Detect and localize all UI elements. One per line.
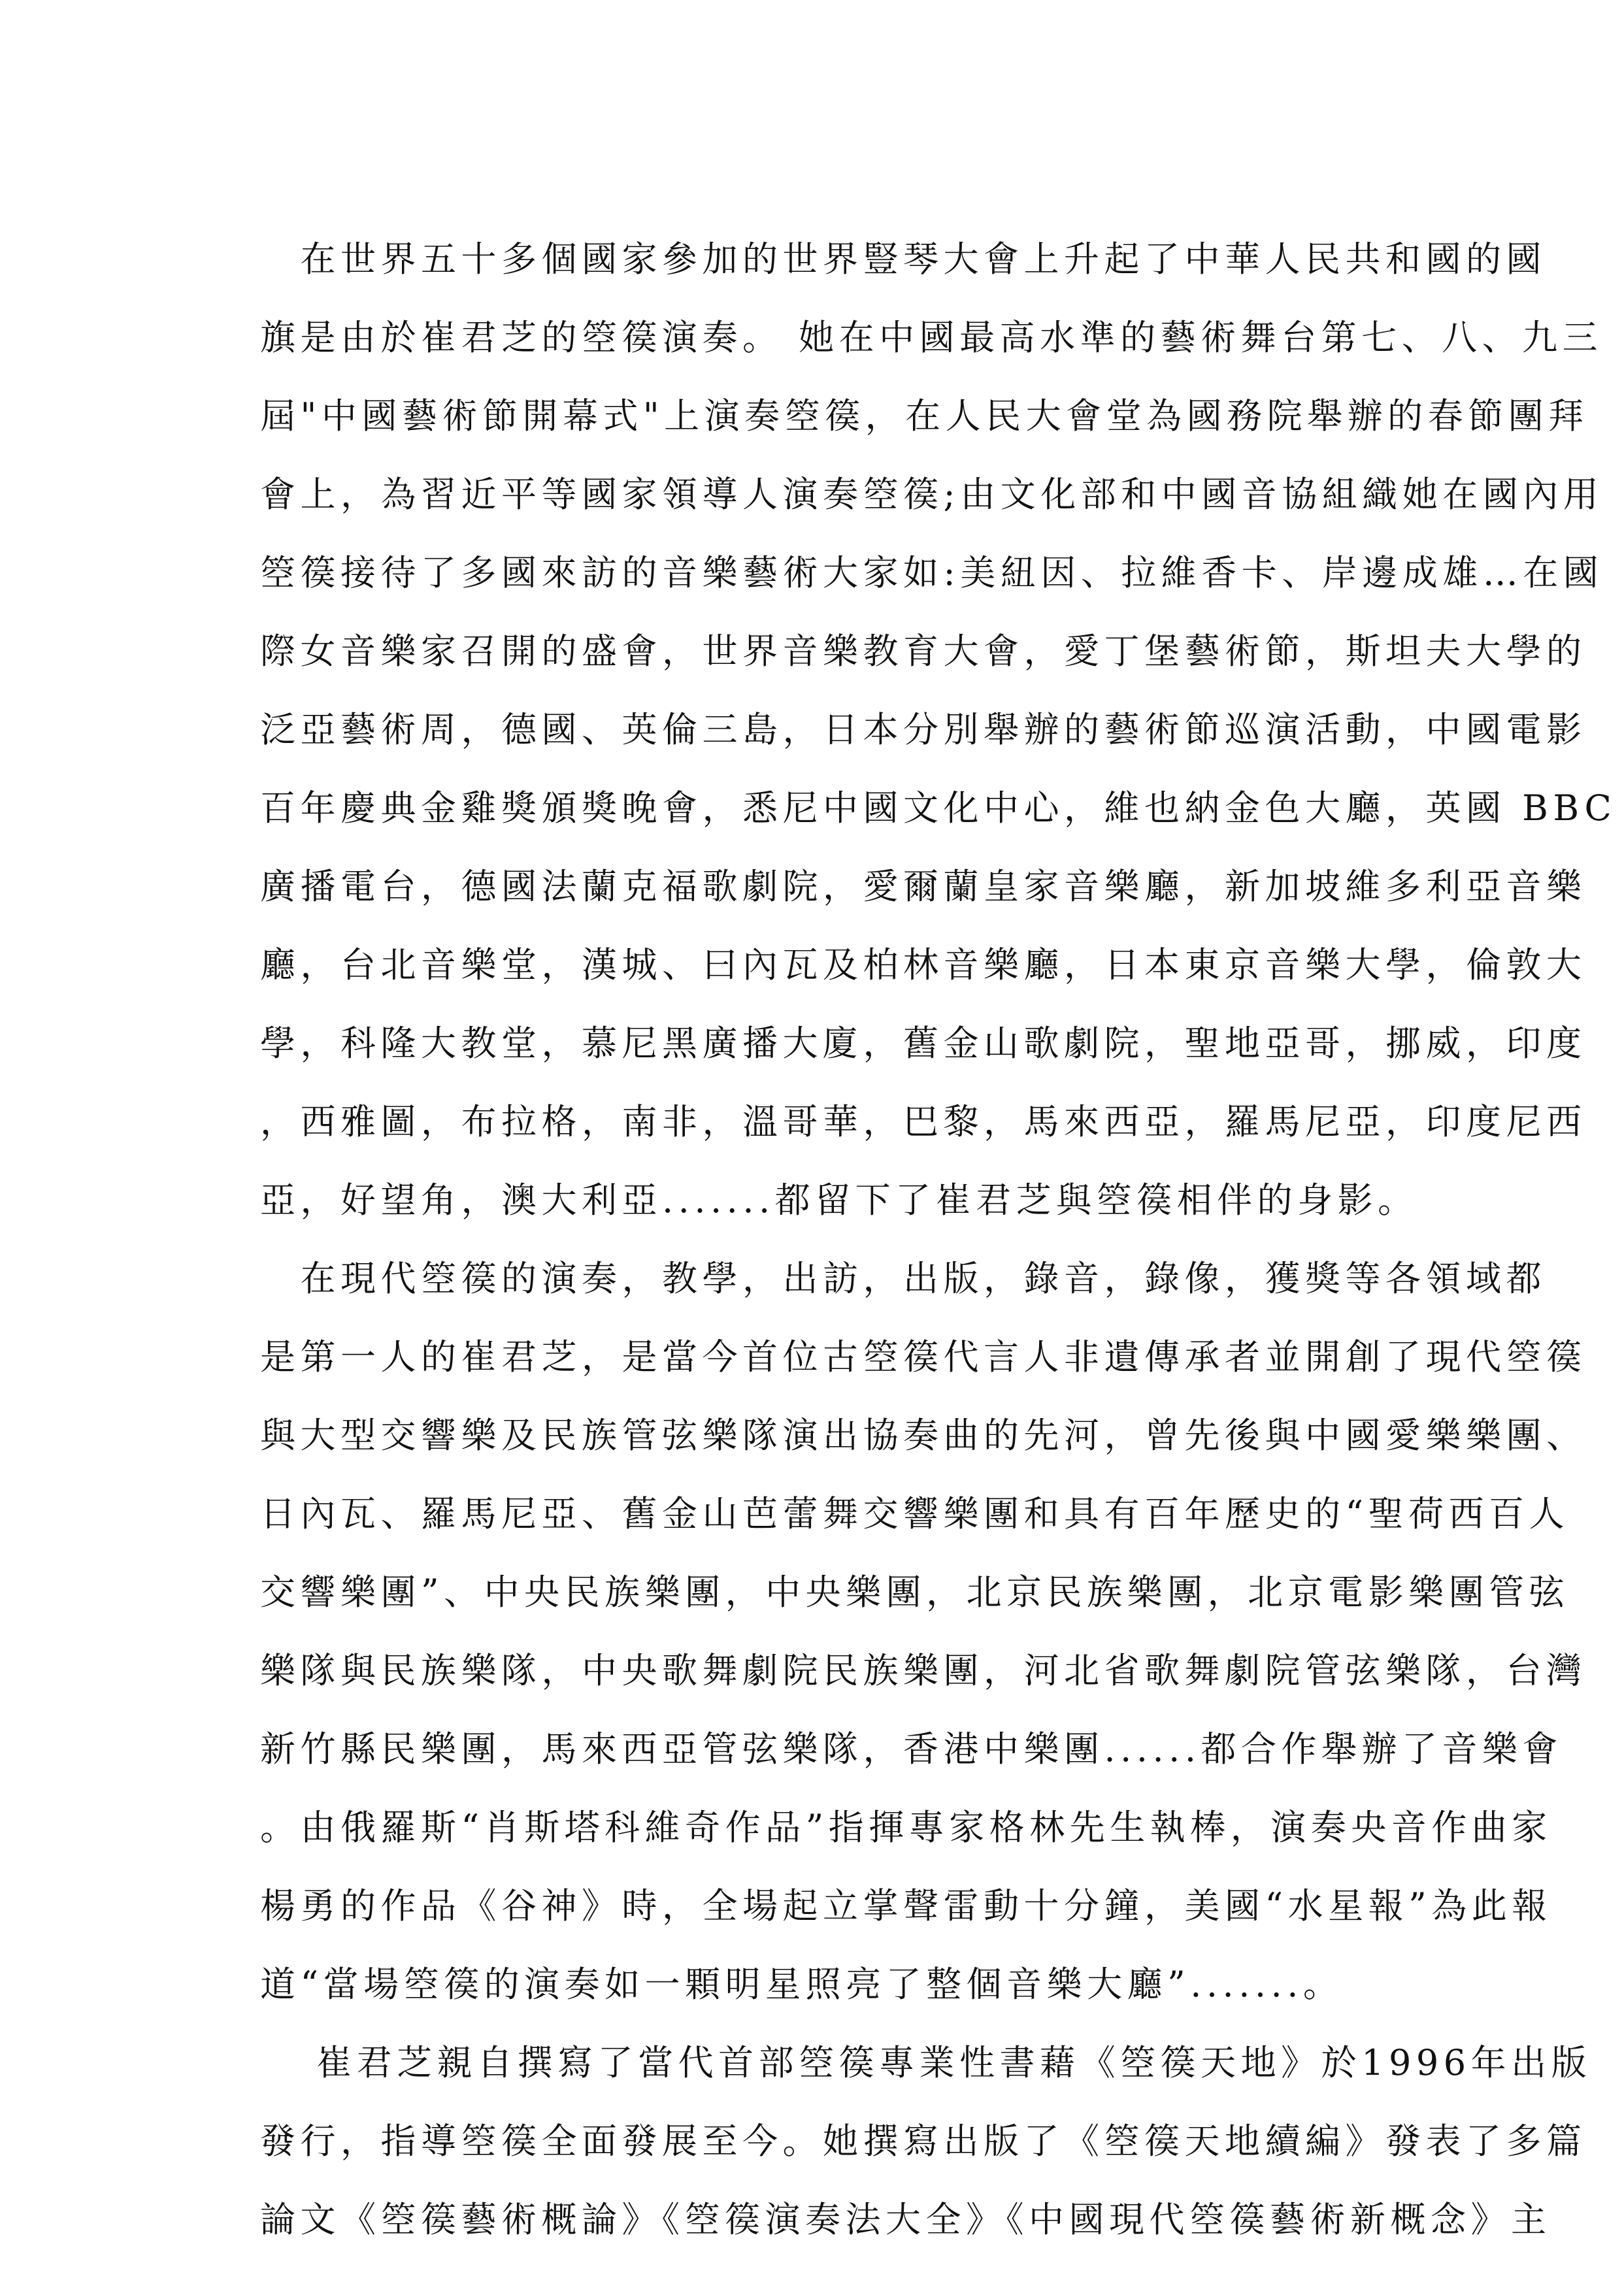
- paragraph-1-line-7: 泛亞藝術周，德國、英倫三島，日本分別舉辦的藝術節巡演活動，中國電影: [260, 697, 1436, 763]
- paragraph-1-line-3: 屆"中國藝術節開幕式"上演奏箜篌，在人民大會堂為國務院舉辦的春節團拜: [260, 384, 1436, 449]
- paragraph-1-line-9: 廣播電台，德國法蘭克福歌劇院，愛爾蘭皇家音樂廳，新加坡維多利亞音樂: [260, 854, 1436, 919]
- paragraph-2-line-9: 楊勇的作品《谷神》時，全場起立掌聲雷動十分鐘，美國“水星報”為此報: [260, 1874, 1436, 1939]
- paragraph-2-line-6: 樂隊與民族樂隊，中央歌舞劇院民族樂團，河北省歌舞劇院管弦樂隊，台灣: [260, 1638, 1436, 1704]
- paragraph-2-line-2: 是第一人的崔君芝，是當今首位古箜篌代言人非遺傳承者並開創了現代箜篌: [260, 1325, 1436, 1390]
- paragraph-1-line-11: 學，科隆大教堂，慕尼黑廣播大廈，舊金山歌劇院，聖地亞哥，挪威，印度: [260, 1011, 1436, 1076]
- document-page: 在世界五十多個國家參加的世界豎琴大會上升起了中華人民共和國的國 旗是由於崔君芝的…: [0, 0, 1624, 2295]
- paragraph-2-line-3: 與大型交響樂及民族管弦樂隊演出協奏曲的先河，曾先後與中國愛樂樂團、: [260, 1403, 1436, 1468]
- paragraph-3-line-2: 發行，指導箜篌全面發展至今。她撰寫出版了《箜篌天地續編》發表了多篇: [260, 2109, 1436, 2174]
- paragraph-1-line-12: ，西雅圖，布拉格，南非，溫哥華，巴黎，馬來西亞，羅馬尼亞，印度尼西: [260, 1089, 1436, 1155]
- paragraph-1-line-10: 廳，台北音樂堂，漢城、曰內瓦及柏林音樂廳，日本東京音樂大學，倫敦大: [260, 933, 1436, 998]
- paragraph-3-line-1: 崔君芝親自撰寫了當代首部箜篌專業性書藉《箜篌天地》於1996年出版: [260, 2030, 1436, 2096]
- paragraph-1-line-1: 在世界五十多個國家參加的世界豎琴大會上升起了中華人民共和國的國: [260, 227, 1436, 292]
- paragraph-1-line-8: 百年慶典金雞獎頒獎晚會，悉尼中國文化中心，維也納金色大廳，英國 BBC: [260, 776, 1436, 841]
- paragraph-1-line-13: 亞，好望角，澳大利亞.......都留下了崔君芝與箜篌相伴的身影。: [260, 1168, 1436, 1233]
- paragraph-2-line-8: 。由俄羅斯“肖斯塔科維奇作品”指揮專家格林先生執棒，演奏央音作曲家: [260, 1795, 1436, 1860]
- paragraph-2-line-5: 交響樂團”、中央民族樂團，中央樂團，北京民族樂團，北京電影樂團管弦: [260, 1560, 1436, 1625]
- paragraph-2-line-7: 新竹縣民樂團，馬來西亞管弦樂隊，香港中樂團......都合作舉辦了音樂會: [260, 1717, 1436, 1782]
- paragraph-2-line-4: 日內瓦、羅馬尼亞、舊金山芭蕾舞交響樂團和具有百年歷史的“聖荷西百人: [260, 1481, 1436, 1547]
- paragraph-3-line-3: 論文《箜篌藝術概論》《箜篌演奏法大全》《中國現代箜篌藝術新概念》主: [260, 2187, 1436, 2253]
- paragraph-2-line-10: 道“當場箜篌的演奏如一顆明星照亮了整個音樂大廳”.......。: [260, 1952, 1436, 2017]
- paragraph-2-line-1: 在現代箜篌的演奏，教學，出訪，出版，錄音，錄像，獲獎等各領域都: [260, 1246, 1436, 1312]
- paragraph-1-line-2: 旗是由於崔君芝的箜篌演奏。 她在中國最高水準的藝術舞台第七、八、九三: [260, 305, 1436, 371]
- paragraph-1-line-4: 會上，為習近平等國家領導人演奏箜篌;由文化部和中國音協組織她在國內用: [260, 462, 1436, 527]
- paragraph-1-line-5: 箜篌接待了多國來訪的音樂藝術大家如:美紐因、拉維香卡、岸邊成雄…在國: [260, 540, 1436, 606]
- paragraph-1-line-6: 際女音樂家召開的盛會，世界音樂教育大會，愛丁堡藝術節，斯坦夫大學的: [260, 619, 1436, 684]
